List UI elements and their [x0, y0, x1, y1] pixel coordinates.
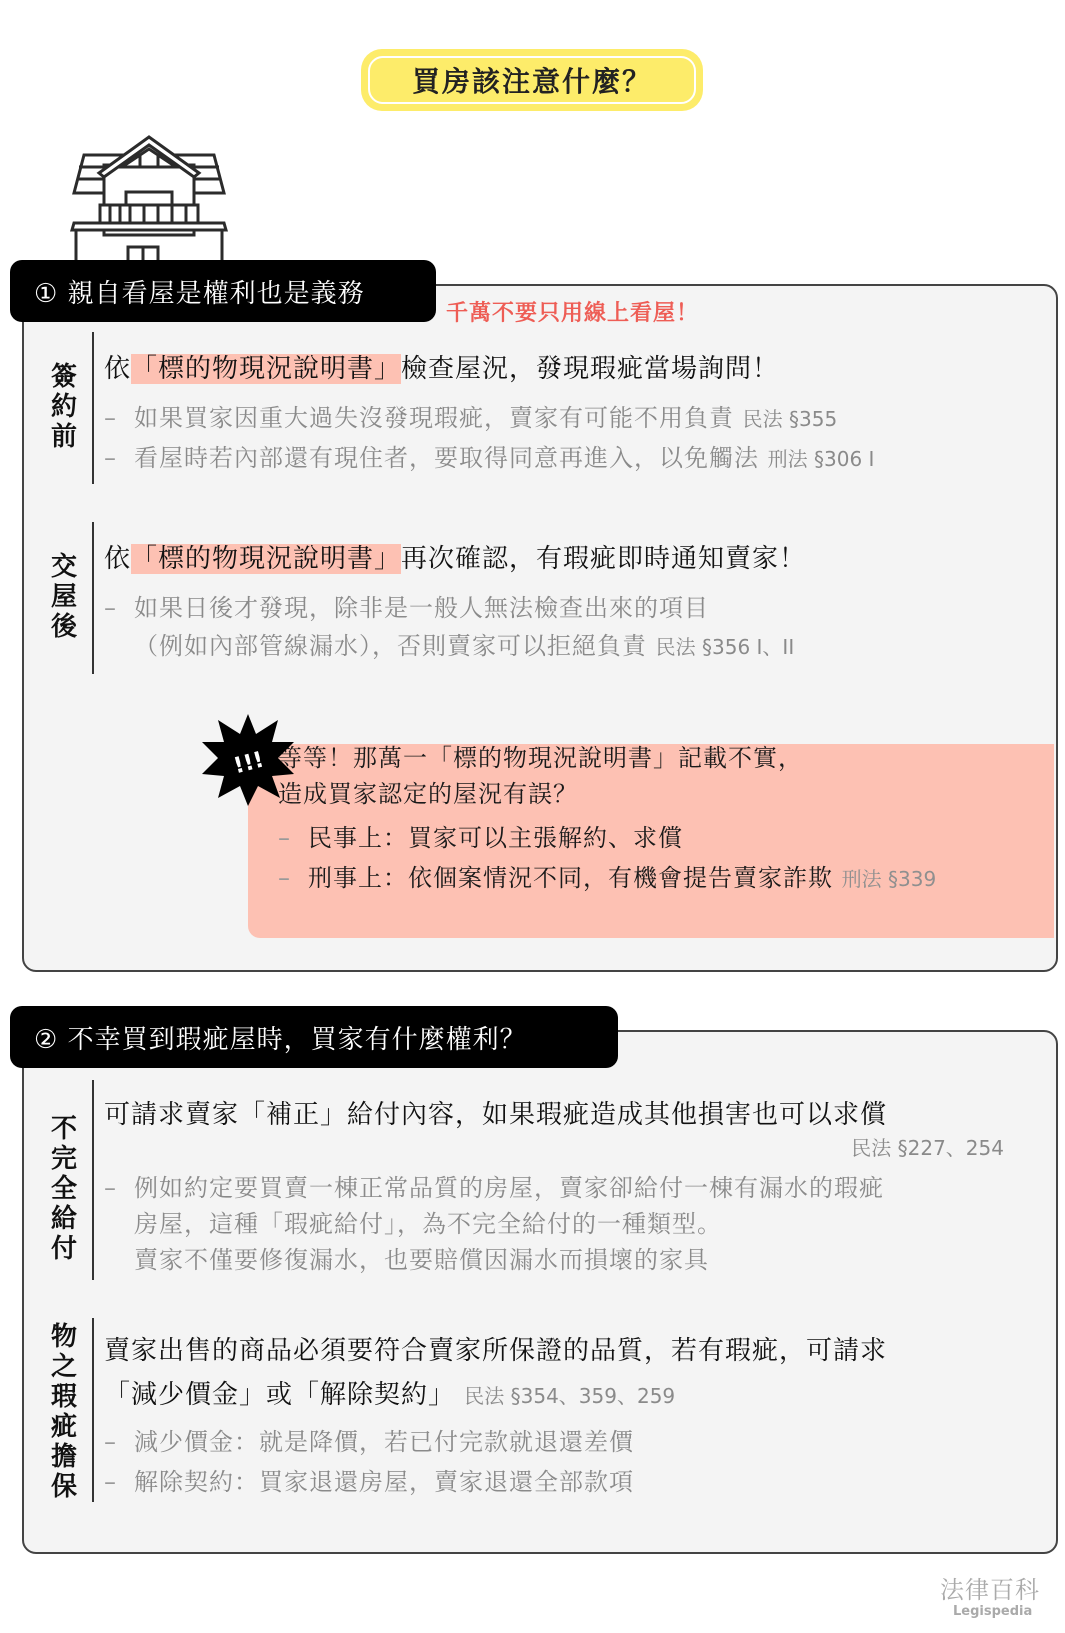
exclamation-burst-icon: !!!	[200, 712, 296, 808]
list-item: –減少價金：就是降價，若已付完款就退還差價	[104, 1422, 634, 1457]
lead-suffix: 再次確認，有瑕疵即時通知賣家！	[401, 544, 806, 574]
page-title: 買房該注意什麼？	[412, 60, 652, 100]
document-name-highlight: 「標的物現況說明書」	[131, 544, 401, 574]
house-icon	[64, 115, 234, 260]
law-citation-row: 民法 §227、254	[851, 1132, 1004, 1161]
label-char: 疵	[46, 1412, 82, 1442]
list-item: –民事上：買家可以主張解約、求償	[278, 818, 683, 853]
lead-suffix: 檢查屋況，發現瑕疵當場詢問！	[401, 354, 779, 384]
item-text: 減少價金：就是降價，若已付完款就退還差價	[134, 1428, 634, 1456]
section-1-tab: ① 親自看屋是權利也是義務	[10, 260, 436, 322]
divider-line	[92, 522, 94, 674]
list-item: –例如約定要買賣一棟正常品質的房屋，賣家卻給付一棟有漏水的瑕疵	[104, 1168, 884, 1203]
document-name-highlight: 「標的物現況說明書」	[131, 354, 401, 384]
warning-note: 千萬不要只用線上看屋！	[446, 296, 699, 327]
label-after-handover: 交 屋 後	[46, 552, 82, 642]
law-citation: 民法 §356 I、II	[656, 635, 795, 659]
item-text: （例如內部管線漏水），否則賣家可以拒絕負責	[134, 632, 647, 660]
lead-prefix: 依	[104, 354, 131, 384]
remedy-options: 「減少價金」或「解除契約」	[104, 1380, 455, 1410]
incomplete-performance-lead: 可請求賣家「補正」給付內容，如果瑕疵造成其他損害也可以求償	[104, 1094, 887, 1131]
warranty-lead-line-1: 賣家出售的商品必須要符合賣家所保證的品質，若有瑕疵，可請求	[104, 1330, 887, 1367]
list-item: –看屋時若內部還有現住者，要取得同意再進入，以免觸法 刑法 §306 I	[104, 438, 874, 473]
before-signing-lead: 依「標的物現況說明書」檢查屋況，發現瑕疵當場詢問！	[104, 348, 779, 385]
law-citation: 民法 §227、254	[851, 1136, 1004, 1160]
divider-line	[92, 1080, 94, 1280]
list-item: （例如內部管線漏水），否則賣家可以拒絕負責 民法 §356 I、II	[104, 626, 794, 661]
label-char: 不	[46, 1114, 82, 1144]
dash-bullet: –	[278, 824, 308, 852]
section-2-tab: ② 不幸買到瑕疵屋時，買家有什麼權利？	[10, 1006, 618, 1068]
list-item: 房屋，這種「瑕疵給付」，為不完全給付的一種類型。	[104, 1204, 722, 1239]
callout-line-1: 等等！那萬一「標的物現況說明書」記載不實，	[278, 738, 803, 773]
item-text: 刑事上：依個案情況不同，有機會提告賣家詐欺	[308, 864, 833, 892]
label-char: 簽	[46, 362, 82, 392]
label-before-signing: 簽 約 前	[46, 362, 82, 452]
callout-line-2: 造成買家認定的屋況有誤？	[278, 774, 578, 809]
item-text: 看屋時若內部還有現住者，要取得同意再進入，以免觸法	[134, 444, 759, 472]
label-char: 擔	[46, 1442, 82, 1472]
divider-line	[92, 1318, 94, 1502]
brand-logo-cn: 法律百科	[940, 1570, 1040, 1605]
label-char: 交	[46, 552, 82, 582]
label-char: 後	[46, 612, 82, 642]
brand-logo-en: Legispedia	[953, 1604, 1032, 1619]
item-text: 賣家不僅要修復漏水，也要賠償因漏水而損壞的家具	[134, 1246, 709, 1274]
label-char: 屋	[46, 582, 82, 612]
label-char: 約	[46, 392, 82, 422]
label-char: 物	[46, 1322, 82, 1352]
list-item: –如果買家因重大過失沒發現瑕疵，賣家有可能不用負責 民法 §355	[104, 398, 837, 433]
list-item: 賣家不僅要修復漏水，也要賠償因漏水而損壞的家具	[104, 1240, 709, 1275]
label-char: 之	[46, 1352, 82, 1382]
list-item: –刑事上：依個案情況不同，有機會提告賣家詐欺 刑法 §339	[278, 858, 936, 893]
dash-bullet: –	[104, 1174, 134, 1202]
item-text: 例如約定要買賣一棟正常品質的房屋，賣家卻給付一棟有漏水的瑕疵	[134, 1174, 884, 1202]
dash-bullet: –	[104, 1468, 134, 1496]
item-text: 如果買家因重大過失沒發現瑕疵，賣家有可能不用負責	[134, 404, 734, 432]
label-char: 付	[46, 1234, 82, 1264]
label-incomplete-performance: 不 完 全 給 付	[46, 1114, 82, 1264]
dash-bullet: –	[104, 594, 134, 622]
list-item: –解除契約：買家退還房屋，賣家退還全部款項	[104, 1462, 634, 1497]
lead-prefix: 依	[104, 544, 131, 574]
dash-bullet: –	[104, 1428, 134, 1456]
after-handover-lead: 依「標的物現況說明書」再次確認，有瑕疵即時通知賣家！	[104, 538, 806, 575]
section-2-card: 不 完 全 給 付 可請求賣家「補正」給付內容，如果瑕疵造成其他損害也可以求償 …	[22, 1030, 1058, 1554]
law-citation: 民法 §355	[743, 407, 838, 431]
label-defect-warranty: 物 之 瑕 疵 擔 保	[46, 1322, 82, 1502]
page-title-pill: 買房該注意什麼？	[364, 52, 700, 108]
label-char: 全	[46, 1174, 82, 1204]
section-2-title: ② 不幸買到瑕疵屋時，買家有什麼權利？	[34, 1019, 527, 1056]
item-text: 民事上：買家可以主張解約、求償	[308, 824, 683, 852]
dash-bullet: –	[104, 404, 134, 432]
section-1-title: ① 親自看屋是權利也是義務	[34, 273, 365, 310]
item-text: 如果日後才發現，除非是一般人無法檢查出來的項目	[134, 594, 709, 622]
divider-line	[92, 332, 94, 484]
law-citation: 刑法 §339	[842, 867, 937, 891]
warning-callout: 等等！那萬一「標的物現況說明書」記載不實， 造成買家認定的屋況有誤？ –民事上：…	[248, 744, 1054, 938]
dash-bullet: –	[104, 444, 134, 472]
law-citation: 民法 §354、359、259	[464, 1384, 675, 1408]
label-char: 瑕	[46, 1382, 82, 1412]
label-char: 給	[46, 1204, 82, 1234]
label-char: 保	[46, 1472, 82, 1502]
law-citation: 刑法 §306 I	[768, 447, 875, 471]
dash-bullet: –	[278, 864, 308, 892]
warranty-lead-line-2: 「減少價金」或「解除契約」 民法 §354、359、259	[104, 1374, 675, 1411]
label-char: 前	[46, 422, 82, 452]
item-text: 解除契約：買家退還房屋，賣家退還全部款項	[134, 1468, 634, 1496]
label-char: 完	[46, 1144, 82, 1174]
item-text: 房屋，這種「瑕疵給付」，為不完全給付的一種類型。	[134, 1210, 722, 1238]
list-item: –如果日後才發現，除非是一般人無法檢查出來的項目	[104, 588, 709, 623]
